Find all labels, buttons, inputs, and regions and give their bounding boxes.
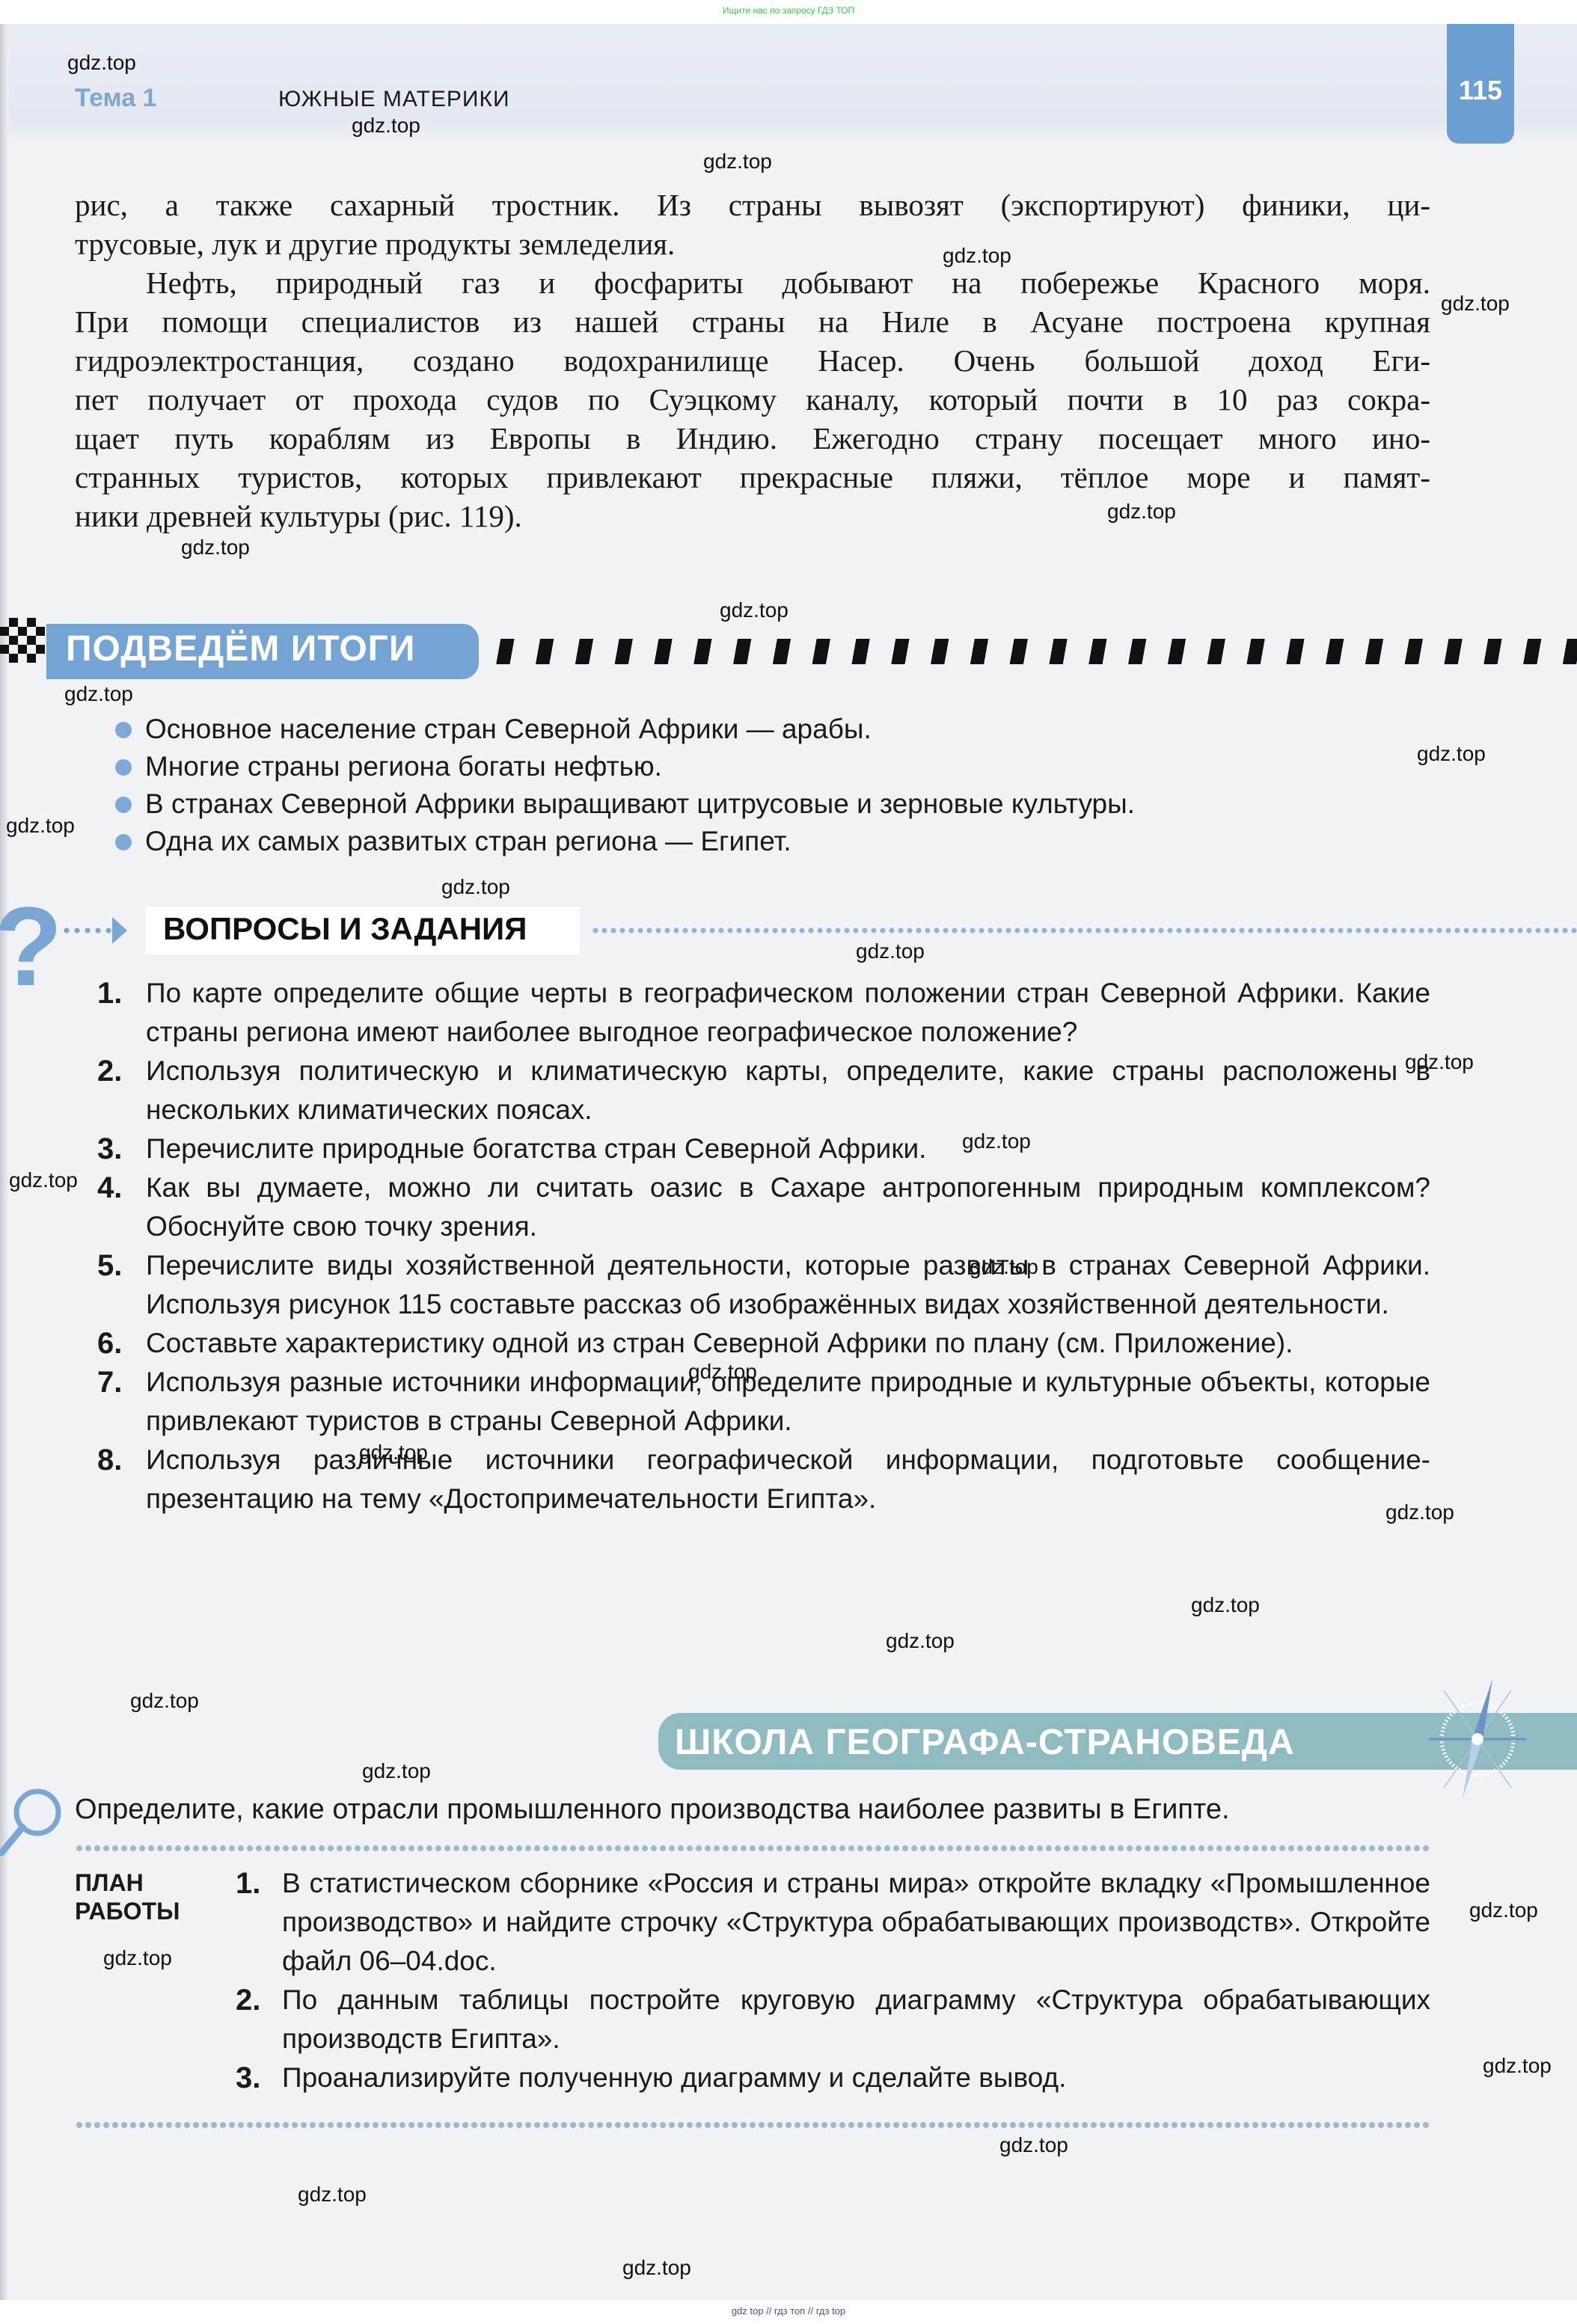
paragraph-1-end: трусовые, лук и другие продукты земледел… (75, 224, 1430, 263)
question-item: 3.Перечислите природные богатства стран … (97, 1129, 1430, 1168)
watermark: gdz.top (962, 1129, 1031, 1153)
summary-banner: ПОДВЕДЁМ ИТОГИ (0, 618, 1577, 679)
question-number: 5. (97, 1246, 122, 1285)
step-number: 3. (236, 2058, 260, 2097)
text-line: При помощи специалистов из нашей страны … (75, 302, 1430, 341)
watermark: gdz.top (886, 1629, 955, 1653)
dotted-divider (75, 1845, 1430, 1852)
watermark: gdz.top (441, 875, 510, 899)
bullet-dot-icon (115, 722, 132, 738)
footer-banner: gdz top // гдз топ // гдз top (0, 2300, 1577, 2324)
questions-list: 1.По карте определите общие черты в геог… (97, 974, 1430, 1518)
watermark: gdz.top (359, 1441, 428, 1465)
dotted-divider (591, 928, 1577, 933)
page-number: 115 (1447, 75, 1514, 106)
plan-steps: 1.В статистическом сборнике «Россия и ст… (236, 1864, 1430, 2097)
question-number: 2. (97, 1052, 122, 1091)
summary-item-text: Основное население стран Северной Африки… (145, 714, 872, 744)
text-line: Нефть, природный газ и фосфариты добываю… (75, 263, 1430, 302)
question-text: Составьте характеристику одной из стран … (146, 1328, 1293, 1358)
plan-step: 1.В статистическом сборнике «Россия и ст… (236, 1864, 1430, 1981)
watermark: gdz.top (1469, 1898, 1538, 1922)
summary-title: ПОДВЕДЁМ ИТОГИ (66, 628, 415, 669)
watermark: gdz.top (856, 939, 925, 963)
question-item: 2.Используя политическую и климатическую… (97, 1052, 1430, 1129)
text-line: странных туристов, которых привлекают пр… (75, 458, 1430, 497)
watermark: gdz.top (130, 1689, 199, 1713)
watermark: gdz.top (6, 814, 75, 838)
question-number: 1. (97, 974, 122, 1013)
questions-title: ВОПРОСЫ И ЗАДАНИЯ (163, 911, 527, 947)
plan-step: 3.Проанализируйте полученную диаграмму и… (236, 2058, 1430, 2097)
watermark: gdz.top (9, 1168, 78, 1192)
top-search-banner: Ищите нас по запросу ГДЗ ТОП (0, 0, 1577, 24)
watermark: gdz.top (1107, 500, 1176, 524)
checkered-flag-icon (0, 618, 45, 663)
watermark: gdz.top (362, 1759, 431, 1783)
bullet-dot-icon (115, 834, 132, 850)
watermark: gdz.top (943, 244, 1011, 268)
compass-rose-icon (1421, 1675, 1534, 1803)
question-text: Как вы думаете, можно ли считать оазис в… (146, 1172, 1430, 1242)
summary-item-text: В странах Северной Африки выращивают цит… (145, 788, 1135, 819)
plan-label-line: ПЛАН (75, 1868, 180, 1897)
paragraph-1: рис, а также сахарный тростник. Из стран… (75, 186, 1430, 224)
watermark: gdz.top (720, 598, 788, 622)
dotted-divider (75, 2121, 1430, 2129)
question-text: По карте определите общие черты в геогра… (146, 978, 1430, 1047)
plan-step: 2.По данным таблицы постройте круговую д… (236, 1981, 1430, 2058)
text-line: гидроэлектростанция, создано водохранили… (75, 341, 1430, 380)
plan-label-line: РАБОТЫ (75, 1897, 180, 1925)
watermark: gdz.top (103, 1946, 172, 1970)
bullet-dot-icon (115, 797, 132, 813)
watermark: gdz.top (352, 114, 420, 138)
watermark: gdz.top (1385, 1500, 1454, 1524)
watermark: gdz.top (64, 682, 133, 706)
question-number: 6. (97, 1324, 122, 1363)
watermark: gdz.top (970, 1255, 1038, 1279)
text-line: рис, а также сахарный тростник. Из стран… (75, 186, 1430, 224)
watermark: gdz.top (1483, 2054, 1552, 2078)
school-title: ШКОЛА ГЕОГРАФА-СТРАНОВЕДА (675, 1722, 1295, 1763)
summary-item-text: Многие страны региона богаты нефтью. (145, 751, 662, 782)
question-text: Используя разные источники информации, о… (146, 1367, 1430, 1436)
text-line: щает путь кораблям из Европы в Индию. Еж… (75, 419, 1430, 458)
question-item: 1.По карте определите общие черты в геог… (97, 974, 1430, 1052)
watermark: gdz.top (1405, 1050, 1474, 1074)
summary-item-text: Одна их самых развитых стран региона — Е… (145, 826, 791, 856)
question-number: 4. (97, 1168, 122, 1207)
question-number: 3. (97, 1129, 122, 1168)
paragraph-2-line: гидроэлектростанция, создано водохранили… (75, 341, 1430, 380)
watermark: gdz.top (1191, 1593, 1260, 1617)
dashed-divider (490, 639, 1577, 664)
watermark: gdz.top (622, 2256, 691, 2280)
watermark: gdz.top (67, 51, 136, 75)
magnifier-icon (0, 1784, 67, 1859)
section-name: ЮЖНЫЕ МАТЕРИКИ (278, 87, 510, 112)
step-number: 1. (236, 1864, 260, 1903)
text-line: ники древней культуры (рис. 119). (75, 497, 1430, 536)
summary-item: Многие страны региона богаты нефтью. (112, 748, 1135, 785)
watermark: gdz.top (181, 536, 250, 559)
watermark: gdz.top (1417, 742, 1486, 766)
question-text: Используя политическую и климатическую к… (146, 1055, 1430, 1125)
body-text: рис, а также сахарный тростник. Из стран… (75, 186, 1430, 536)
step-text: По данным таблицы постройте круговую диа… (282, 1984, 1430, 2054)
watermark: gdz.top (1441, 292, 1510, 316)
bullet-dot-icon (115, 759, 132, 776)
paragraph-2-line: странных туристов, которых привлекают пр… (75, 458, 1430, 497)
question-number: 8. (97, 1441, 122, 1480)
watermark: gdz.top (703, 150, 772, 174)
summary-item: Одна их самых развитых стран региона — Е… (112, 823, 1135, 860)
watermark: gdz.top (688, 1360, 757, 1384)
paragraph-2: Нефть, природный газ и фосфариты добываю… (75, 263, 1430, 302)
page-number-tab: 115 (1447, 24, 1514, 144)
paragraph-2-end: ники древней культуры (рис. 119). (75, 497, 1430, 536)
paragraph-2-line: щает путь кораблям из Европы в Индию. Еж… (75, 419, 1430, 458)
summary-list: Основное население стран Северной Африки… (112, 711, 1135, 860)
step-text: Проанализируйте полученную диаграмму и с… (282, 2062, 1066, 2093)
plan-label: ПЛАН РАБОТЫ (75, 1868, 180, 1925)
page-binding-shadow (0, 24, 9, 2300)
text-line: трусовые, лук и другие продукты земледел… (75, 224, 1430, 263)
question-item: 6.Составьте характеристику одной из стра… (97, 1324, 1430, 1363)
paragraph-2-line: При помощи специалистов из нашей страны … (75, 302, 1430, 341)
question-mark-icon: ? (0, 890, 63, 1002)
question-item: 8.Используя различные источники географи… (97, 1441, 1430, 1518)
step-number: 2. (236, 1981, 260, 2020)
summary-item: В странах Северной Африки выращивают цит… (112, 785, 1135, 823)
question-item: 7.Используя разные источники информации,… (97, 1363, 1430, 1441)
question-item: 5.Перечислите виды хозяйственной деятель… (97, 1246, 1430, 1324)
step-text: В статистическом сборнике «Россия и стра… (282, 1868, 1430, 1976)
question-text: Используя различные источники географиче… (146, 1444, 1430, 1514)
question-text: Перечислите природные богатства стран Се… (146, 1133, 926, 1164)
page-header-band (0, 24, 1577, 144)
question-text: Перечислите виды хозяйственной деятельно… (146, 1250, 1430, 1319)
question-number: 7. (97, 1363, 122, 1402)
watermark: gdz.top (298, 2183, 367, 2207)
arrow-right-icon (112, 917, 127, 944)
question-item: 4.Как вы думаете, можно ли считать оазис… (97, 1168, 1430, 1246)
watermark: gdz.top (999, 2133, 1068, 2157)
theme-label: Тема 1 (75, 84, 157, 113)
summary-item: Основное население стран Северной Африки… (112, 711, 1135, 748)
school-task: Определите, какие отрасли промышленного … (75, 1794, 1230, 1826)
paragraph-2-line: пет получает от прохода судов по Суэцком… (75, 380, 1430, 419)
text-line: пет получает от прохода судов по Суэцком… (75, 380, 1430, 419)
